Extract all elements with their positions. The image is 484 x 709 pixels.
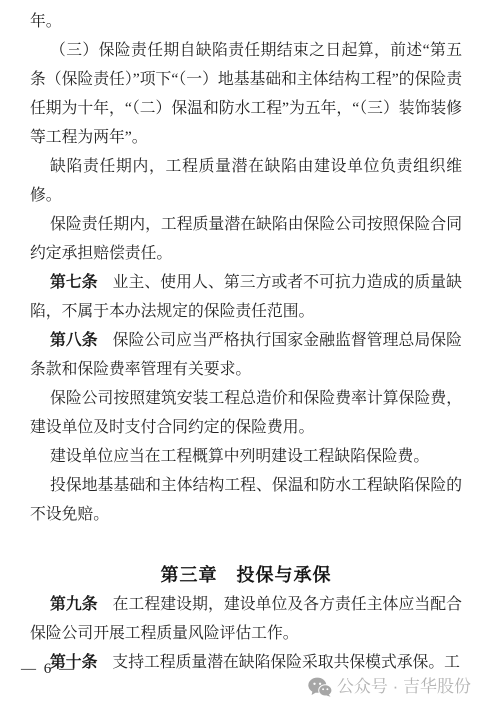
- article-number: 第七条: [50, 274, 98, 291]
- article-number: 第九条: [50, 596, 98, 613]
- chapter-heading: 第三章 投保与承保: [30, 561, 462, 590]
- paragraph-text: 支持工程质量潜在缺陷保险采取共保模式承保。工: [112, 654, 460, 671]
- paragraph-text: （三）保险责任期自缺陷责任期结束之日起算，前述“第五条（保险责任）”项下“（一）…: [30, 42, 462, 146]
- paragraph-article-7: 第七条业主、使用人、第三方或者不可抗力造成的质量缺陷，不属于本办法规定的保险责任…: [30, 268, 462, 326]
- paragraph: 缺陷责任期内，工程质量潜在缺陷由建设单位负责组织维修。: [30, 152, 462, 210]
- paragraph-text: 保险公司按照建筑安装工程总造价和保险费率计算保险费，建设单位及时支付合同约定的保…: [30, 390, 462, 436]
- paragraph-text: 投保地基基础和主体结构工程、保温和防水工程缺陷保险的不设免赔。: [30, 477, 462, 523]
- watermark: 公众号 · 吉华股份: [308, 677, 471, 697]
- paragraph: 保险责任期内，工程质量潜在缺陷由保险公司按照保险合同约定承担赔偿责任。: [30, 210, 462, 268]
- document-content: 年。 （三）保险责任期自缺陷责任期结束之日起算，前述“第五条（保险责任）”项下“…: [30, 7, 462, 677]
- page-number: — 6 —: [21, 660, 76, 678]
- paragraph-continuation: 年。: [30, 7, 462, 36]
- paragraph-article-8: 第八条保险公司应当严格执行国家金融监督管理总局保险条款和保险费率管理有关要求。: [30, 326, 462, 384]
- paragraph: 建设单位应当在工程概算中列明建设工程缺陷保险费。: [30, 442, 462, 471]
- paragraph: 投保地基基础和主体结构工程、保温和防水工程缺陷保险的不设免赔。: [30, 471, 462, 529]
- paragraph-text: 保险责任期内，工程质量潜在缺陷由保险公司按照保险合同约定承担赔偿责任。: [30, 216, 462, 262]
- paragraph: （三）保险责任期自缺陷责任期结束之日起算，前述“第五条（保险责任）”项下“（一）…: [30, 36, 462, 152]
- paragraph: 保险公司按照建筑安装工程总造价和保险费率计算保险费，建设单位及时支付合同约定的保…: [30, 384, 462, 442]
- paragraph-text: 年。: [30, 13, 62, 30]
- article-number: 第八条: [50, 332, 98, 349]
- document-page: 年。 （三）保险责任期自缺陷责任期结束之日起算，前述“第五条（保险责任）”项下“…: [0, 0, 484, 709]
- wechat-icon: [308, 677, 332, 697]
- watermark-text: 公众号 · 吉华股份: [337, 677, 471, 697]
- paragraph-text: 建设单位应当在工程概算中列明建设工程缺陷保险费。: [50, 448, 429, 465]
- paragraph-article-10: 第十条支持工程质量潜在缺陷保险采取共保模式承保。工: [30, 648, 462, 677]
- paragraph-article-9: 第九条在工程建设期，建设单位及各方责任主体应当配合保险公司开展工程质量风险评估工…: [30, 590, 462, 648]
- paragraph-text: 缺陷责任期内，工程质量潜在缺陷由建设单位负责组织维修。: [30, 158, 462, 204]
